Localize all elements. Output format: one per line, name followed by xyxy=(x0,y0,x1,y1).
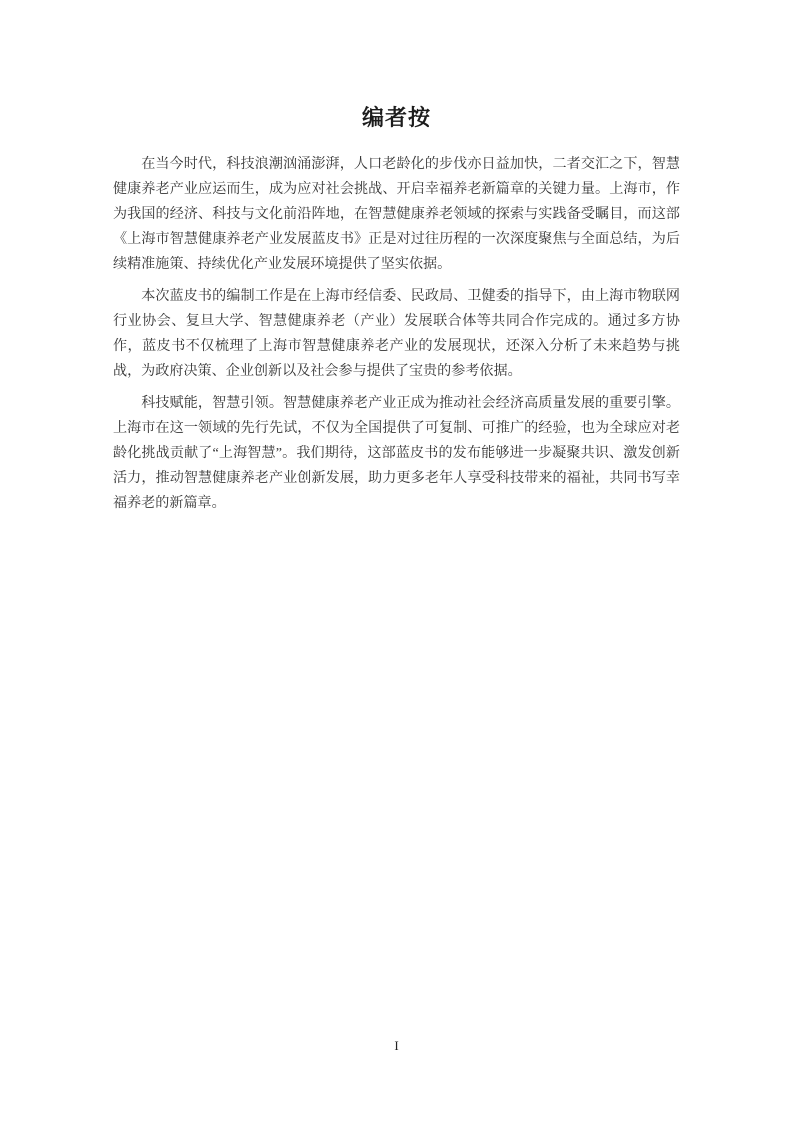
page-content: 编者按 在当今时代，科技浪潮汹涌澎湃，人口老龄化的步伐亦日益加快，二者交汇之下，… xyxy=(0,0,793,516)
page-number: I xyxy=(0,1038,793,1054)
paragraph-intro: 在当今时代，科技浪潮汹涌澎湃，人口老龄化的步伐亦日益加快，二者交汇之下，智慧健康… xyxy=(113,152,680,277)
paragraph-compilation: 本次蓝皮书的编制工作是在上海市经信委、民政局、卫健委的指导下，由上海市物联网行业… xyxy=(113,284,680,384)
paragraph-outlook: 科技赋能，智慧引领。智慧健康养老产业正成为推动社会经济高质量发展的重要引擎。上海… xyxy=(113,391,680,516)
page-title: 编者按 xyxy=(113,103,680,133)
document-page: 编者按 在当今时代，科技浪潮汹涌澎湃，人口老龄化的步伐亦日益加快，二者交汇之下，… xyxy=(0,0,793,1122)
